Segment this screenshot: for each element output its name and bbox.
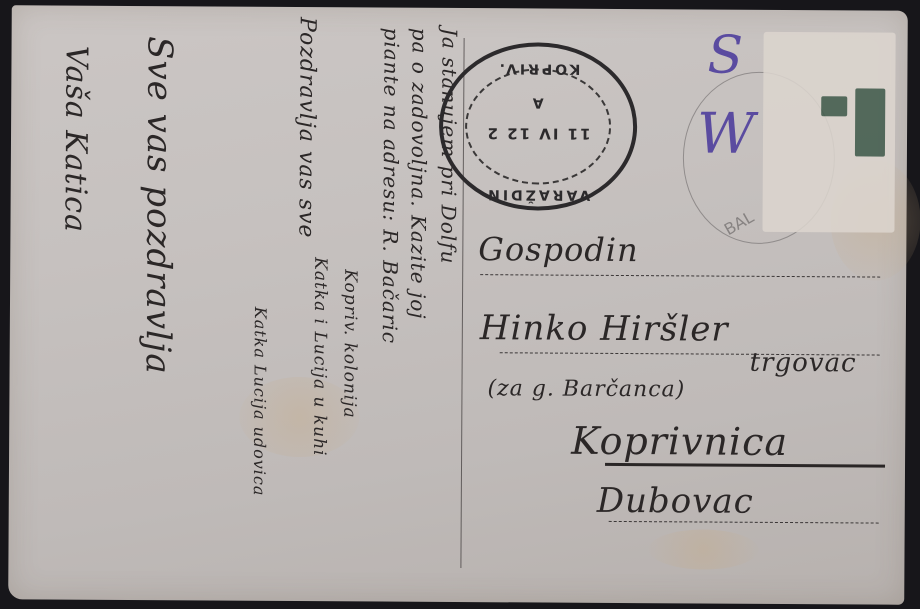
message-line: pa o zadovoljna. Kazite joj [406,28,432,320]
address-salutation: Gospodin [478,230,639,269]
postmark-date: 11 IV 12 2 [443,124,633,143]
cancellation-fragment: BAL [721,207,757,239]
address-city-underline [605,463,885,468]
postmark-bottom-text: KOPRIV. [443,60,633,77]
postmark-index: A [443,94,633,111]
postmark: VARAŽDIN 11 IV 12 2 A KOPRIV. [439,42,638,211]
postage-stamp [762,32,895,233]
message-line: piante na adresu: R. Bačaric [378,28,404,345]
address-rule [609,521,879,524]
address-rule [480,274,880,277]
address-care-of: (za g. Barčanca) [487,376,685,402]
stamp-remnant [821,96,847,116]
violet-ink-mark: S [707,26,743,86]
message-line: Katka Lucija udovica [250,307,270,497]
message-line: Pozdravlja vas sve [293,17,319,239]
address-city: Koprivnica [571,419,788,464]
address-occupation: trgovac [750,348,857,379]
stamp-remnant [855,88,885,156]
postcard: Sve vas pozdravlja Vaša Katica Pozdravlj… [8,5,908,604]
postmark-town: VARAŽDIN [443,186,633,203]
message-line: Sve vas pozdravlja [138,36,180,375]
paper-stain [648,529,758,570]
message-line: Kopriv. kolonija [339,269,360,418]
message-signature: Vaša Katica [57,46,93,233]
message-line: Katka i Lucija u kuhi [309,257,330,456]
address-name: Hinko Hiršler [480,308,729,350]
violet-ink-mark: W [697,101,755,166]
address-street: Dubovac [597,481,754,522]
